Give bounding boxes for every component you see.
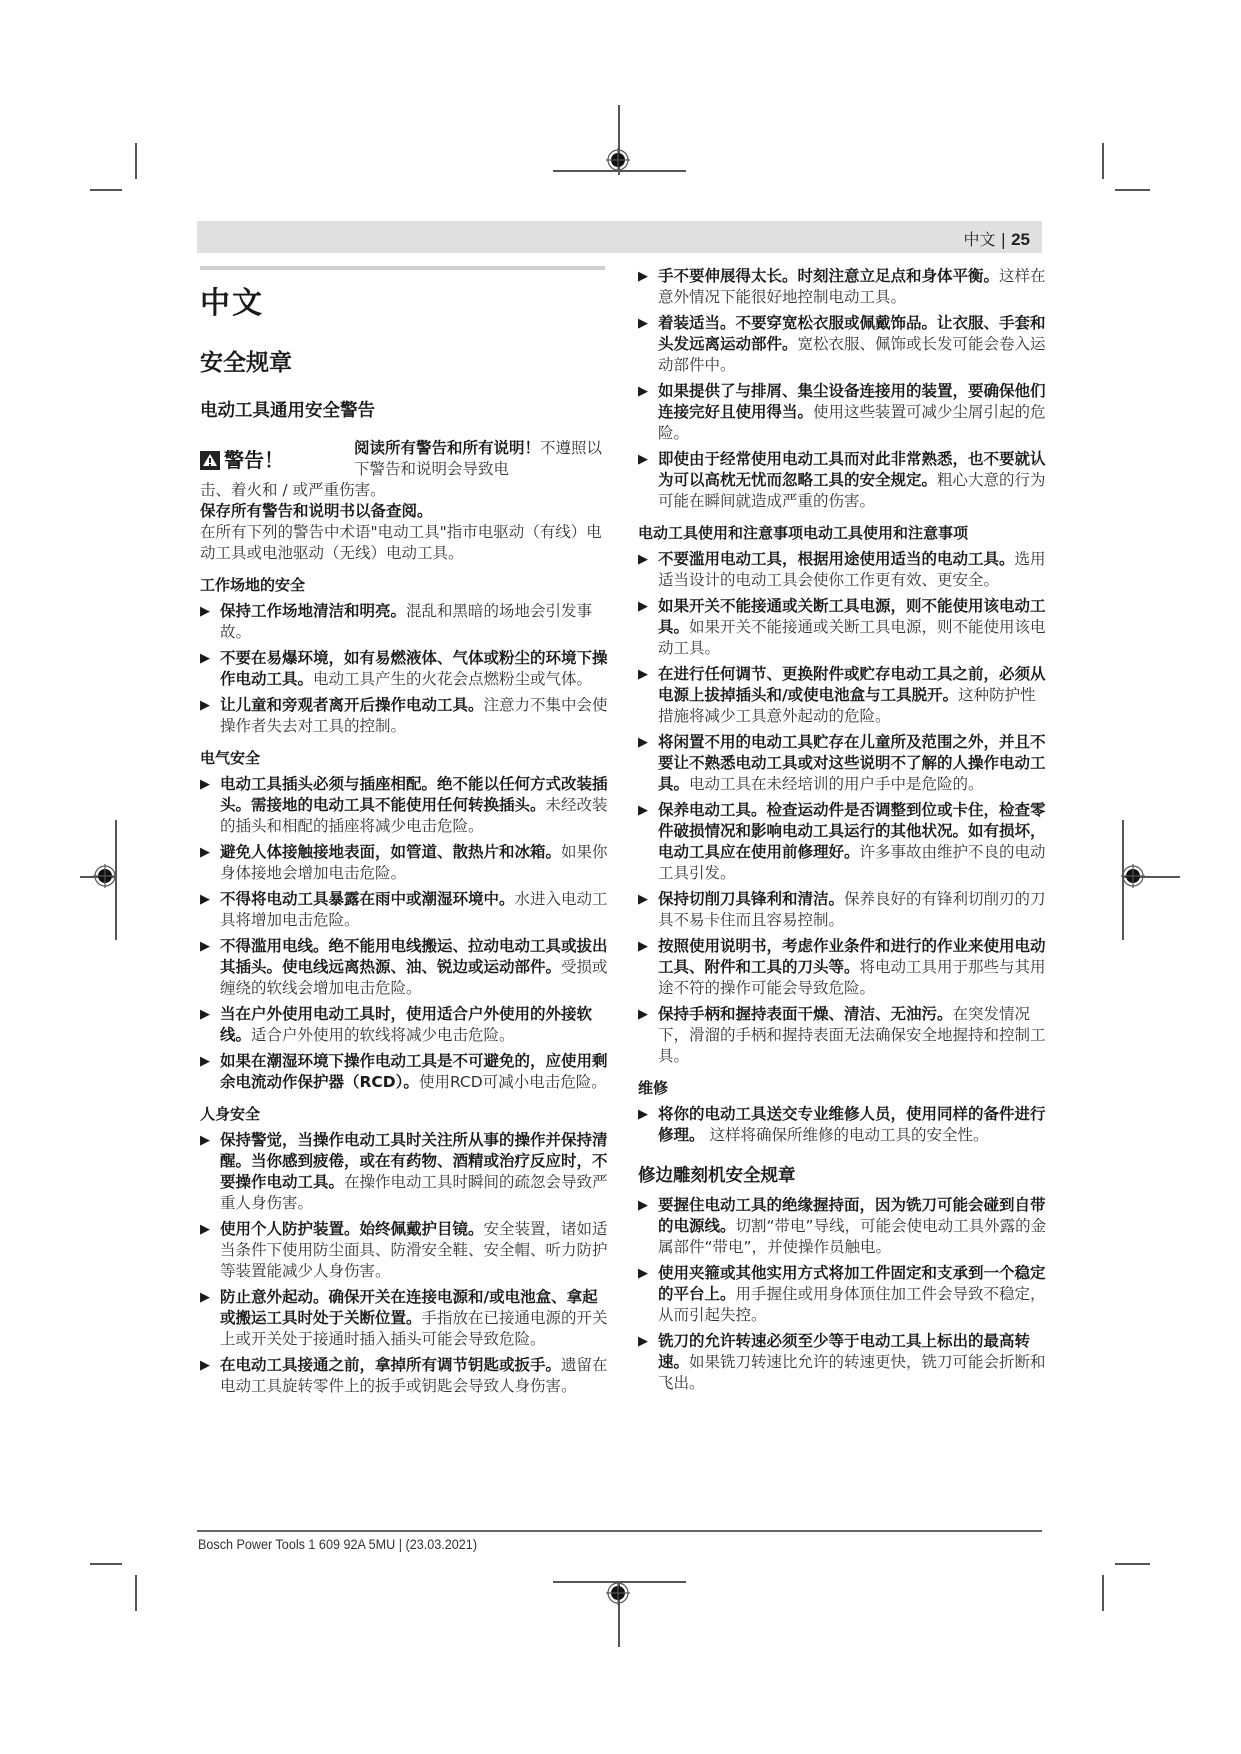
bullet-arrow-icon: ▶ [638,1004,648,1025]
bullet-arrow-icon: ▶ [200,1355,210,1376]
footer-divider [197,1530,1042,1532]
group-title: 工作场地的安全 [200,574,610,595]
list-item: ▶避免人体接触接地表面，如管道、散热片和冰箱。如果你身体接地会增加电击危险。 [200,842,610,884]
bullet-arrow-icon: ▶ [638,313,648,334]
save-notice: 保存所有警告和说明书以备查阅。 [200,501,610,522]
warning-text: 阅读所有警告和所有说明！不遵照以下警告和说明会导致电 [354,438,610,480]
list-item: ▶保持工作场地清洁和明亮。混乱和黑暗的场地会引发事故。 [200,601,610,643]
router-section-title: 修边雕刻机安全规章 [638,1162,1048,1187]
bullet-arrow-icon: ▶ [200,1130,210,1151]
definition-text: 在所有下列的警告中术语"电动工具"指市电驱动（有线）电动工具或电池驱动（无线）电… [200,522,610,564]
crop-mark [1115,189,1150,191]
divider [200,266,605,270]
list-item: ▶电动工具插头必须与插座相配。绝不能以任何方式改装插头。需接地的电动工具不能使用… [200,774,610,837]
bullet-arrow-icon: ▶ [638,1104,648,1125]
list-item: ▶手不要伸展得太长。时刻注意立足点和身体平衡。这样在意外情况下能很好地控制电动工… [638,266,1048,308]
list-item: ▶在进行任何调节、更换附件或贮存电动工具之前，必须从电源上拔掉插头和/或使电池盒… [638,664,1048,727]
list-item: ▶保持警觉，当操作电动工具时关注所从事的操作并保持清醒。当你感到疲倦，或在有药物… [200,1130,610,1214]
list-item: ▶保持切削刀具锋利和清洁。保养良好的有锋利切削刃的刀具不易卡住而且容易控制。 [638,889,1048,931]
registration-mark-icon [93,864,117,888]
router-safety-section: 修边雕刻机安全规章 ▶要握住电动工具的绝缘握持面，因为铣刀可能会碰到自带的电源线… [638,1162,1048,1394]
warning-label: 警告！ [200,438,354,480]
list-item: ▶铣刀的允许转速必须至少等于电动工具上标出的最高转速。如果铣刀转速比允许的转速更… [638,1331,1048,1394]
page-number: 25 [1011,230,1030,249]
bullet-arrow-icon: ▶ [200,842,210,863]
group-electrical: 电气安全 ▶电动工具插头必须与插座相配。绝不能以任何方式改装插头。需接地的电动工… [200,747,610,1093]
bullet-arrow-icon: ▶ [200,774,210,795]
page-header: 中文 | 25 [197,221,1042,253]
registration-mark-icon [606,1581,630,1605]
group-title: 电动工具使用和注意事项电动工具使用和注意事项 [638,522,1048,543]
bullet-arrow-icon: ▶ [638,549,648,570]
registration-mark-icon [606,148,630,172]
list-item: ▶如果在潮湿环境下操作电动工具是不可避免的，应使用剩余电流动作保护器（RCD）。… [200,1051,610,1093]
list-item: ▶要握住电动工具的绝缘握持面，因为铣刀可能会碰到自带的电源线。切割“带电”导线，… [638,1195,1048,1258]
crop-mark [1102,1575,1104,1611]
list-item: ▶着装适当。不要穿宽松衣服或佩戴饰品。让衣服、手套和头发远离运动部件。宽松衣服、… [638,313,1048,376]
list-item: ▶按照使用说明书，考虑作业条件和进行的作业来使用电动工具、附件和工具的刀头等。将… [638,936,1048,999]
group-tool-use: 电动工具使用和注意事项电动工具使用和注意事项 ▶不要滥用电动工具，根据用途使用适… [638,522,1048,1067]
bullet-arrow-icon: ▶ [200,936,210,957]
crop-mark [1102,143,1104,179]
bullet-arrow-icon: ▶ [638,664,648,685]
bullet-arrow-icon: ▶ [638,1331,648,1352]
group-personal-safety: 人身安全 ▶保持警觉，当操作电动工具时关注所从事的操作并保持清醒。当你感到疲倦，… [200,1103,610,1397]
bullet-arrow-icon: ▶ [200,1219,210,1240]
list-item: ▶防止意外起动。确保开关在连接电源和/或电池盒、拿起或搬运工具时处于关断位置。手… [200,1287,610,1350]
warning-text-continued: 击、着火和 / 或严重伤害。 [200,480,610,501]
page-header-label: 中文 | 25 [964,227,1031,250]
list-item: ▶让儿童和旁观者离开后操作电动工具。注意力不集中会使操作者失去对工具的控制。 [200,695,610,737]
list-item: ▶不要滥用电动工具，根据用途使用适当的电动工具。选用适当设计的电动工具会使你工作… [638,549,1048,591]
bullet-arrow-icon: ▶ [638,889,648,910]
footer-text: Bosch Power Tools 1 609 92A 5MU | (23.03… [198,1536,477,1552]
group-title: 维修 [638,1077,1048,1098]
crop-mark [135,143,137,179]
bullet-arrow-icon: ▶ [200,1051,210,1072]
list-item: ▶当在户外使用电动工具时，使用适合户外使用的外接软线。适合户外使用的软线将减少电… [200,1004,610,1046]
list-item: ▶不要在易爆环境，如有易燃液体、气体或粉尘的环境下操作电动工具。电动工具产生的火… [200,648,610,690]
list-item: ▶不得滥用电线。绝不能用电线搬运、拉动电动工具或拔出其插头。使电线远离热源、油、… [200,936,610,999]
list-item: ▶不得将电动工具暴露在雨中或潮湿环境中。水进入电动工具将增加电击危险。 [200,889,610,931]
bullet-arrow-icon: ▶ [638,1263,648,1284]
warning-block: 警告！ 阅读所有警告和所有说明！不遵照以下警告和说明会导致电 击、着火和 / 或… [200,438,610,564]
crop-mark [1115,1563,1150,1565]
bullet-arrow-icon: ▶ [638,266,648,287]
group-work-area: 工作场地的安全 ▶保持工作场地清洁和明亮。混乱和黑暗的场地会引发事故。 ▶不要在… [200,574,610,737]
warning-triangle-icon [200,451,220,470]
bullet-arrow-icon: ▶ [638,732,648,753]
crop-mark [90,189,122,191]
right-column: ▶手不要伸展得太长。时刻注意立足点和身体平衡。这样在意外情况下能很好地控制电动工… [638,266,1048,1399]
bullet-arrow-icon: ▶ [200,1004,210,1025]
bullet-arrow-icon: ▶ [200,695,210,716]
header-language: 中文 [964,230,996,249]
bullet-arrow-icon: ▶ [638,596,648,617]
crop-mark [90,1563,122,1565]
list-item: ▶如果开关不能接通或关断工具电源，则不能使用该电动工具。如果开关不能接通或关断工… [638,596,1048,659]
list-item: ▶即使由于经常使用电动工具而对此非常熟悉，也不要就认为可以高枕无忧而忽略工具的安… [638,449,1048,512]
bullet-arrow-icon: ▶ [638,449,648,470]
bullet-arrow-icon: ▶ [200,1287,210,1308]
bullet-arrow-icon: ▶ [200,648,210,669]
header-separator: | [996,230,1012,249]
list-item: ▶如果提供了与排屑、集尘设备连接用的装置，要确保他们连接完好且使用得当。使用这些… [638,381,1048,444]
bullet-arrow-icon: ▶ [200,601,210,622]
group-title: 人身安全 [200,1103,610,1124]
crop-mark [135,1575,137,1611]
group-title: 电气安全 [200,747,610,768]
bullet-arrow-icon: ▶ [638,936,648,957]
section-title: 安全规章 [200,344,610,377]
bullet-arrow-icon: ▶ [638,800,648,821]
list-item: ▶使用个人防护装置。始终佩戴护目镜。安全装置，诸如适当条件下使用防尘面具、防滑安… [200,1219,610,1282]
page-title: 中文 [200,278,610,322]
list-item: ▶保养电动工具。检查运动件是否调整到位或卡住，检查零件破损情况和影响电动工具运行… [638,800,1048,884]
list-item: ▶将你的电动工具送交专业维修人员，使用同样的备件进行修理。 这样将确保所维修的电… [638,1104,1048,1146]
personal-safety-continued: ▶手不要伸展得太长。时刻注意立足点和身体平衡。这样在意外情况下能很好地控制电动工… [638,266,1048,512]
left-column: 中文 安全规章 电动工具通用安全警告 警告！ 阅读所有警告和所有说明！不遵照以下… [200,266,610,1402]
bullet-arrow-icon: ▶ [638,381,648,402]
bullet-arrow-icon: ▶ [638,1195,648,1216]
list-item: ▶将闲置不用的电动工具贮存在儿童所及范围之外，并且不要让不熟悉电动工具或对这些说… [638,732,1048,795]
general-warnings-title: 电动工具通用安全警告 [200,397,610,422]
bullet-arrow-icon: ▶ [200,889,210,910]
list-item: ▶在电动工具接通之前，拿掉所有调节钥匙或扳手。遗留在电动工具旋转零件上的扳手或钥… [200,1355,610,1397]
list-item: ▶保持手柄和握持表面干燥、清洁、无油污。在突发情况下，滑溜的手柄和握持表面无法确… [638,1004,1048,1067]
list-item: ▶使用夹箍或其他实用方式将加工件固定和支承到一个稳定的平台上。用手握住或用身体顶… [638,1263,1048,1326]
registration-mark-icon [1121,864,1145,888]
group-service: 维修 ▶将你的电动工具送交专业维修人员，使用同样的备件进行修理。 这样将确保所维… [638,1077,1048,1146]
